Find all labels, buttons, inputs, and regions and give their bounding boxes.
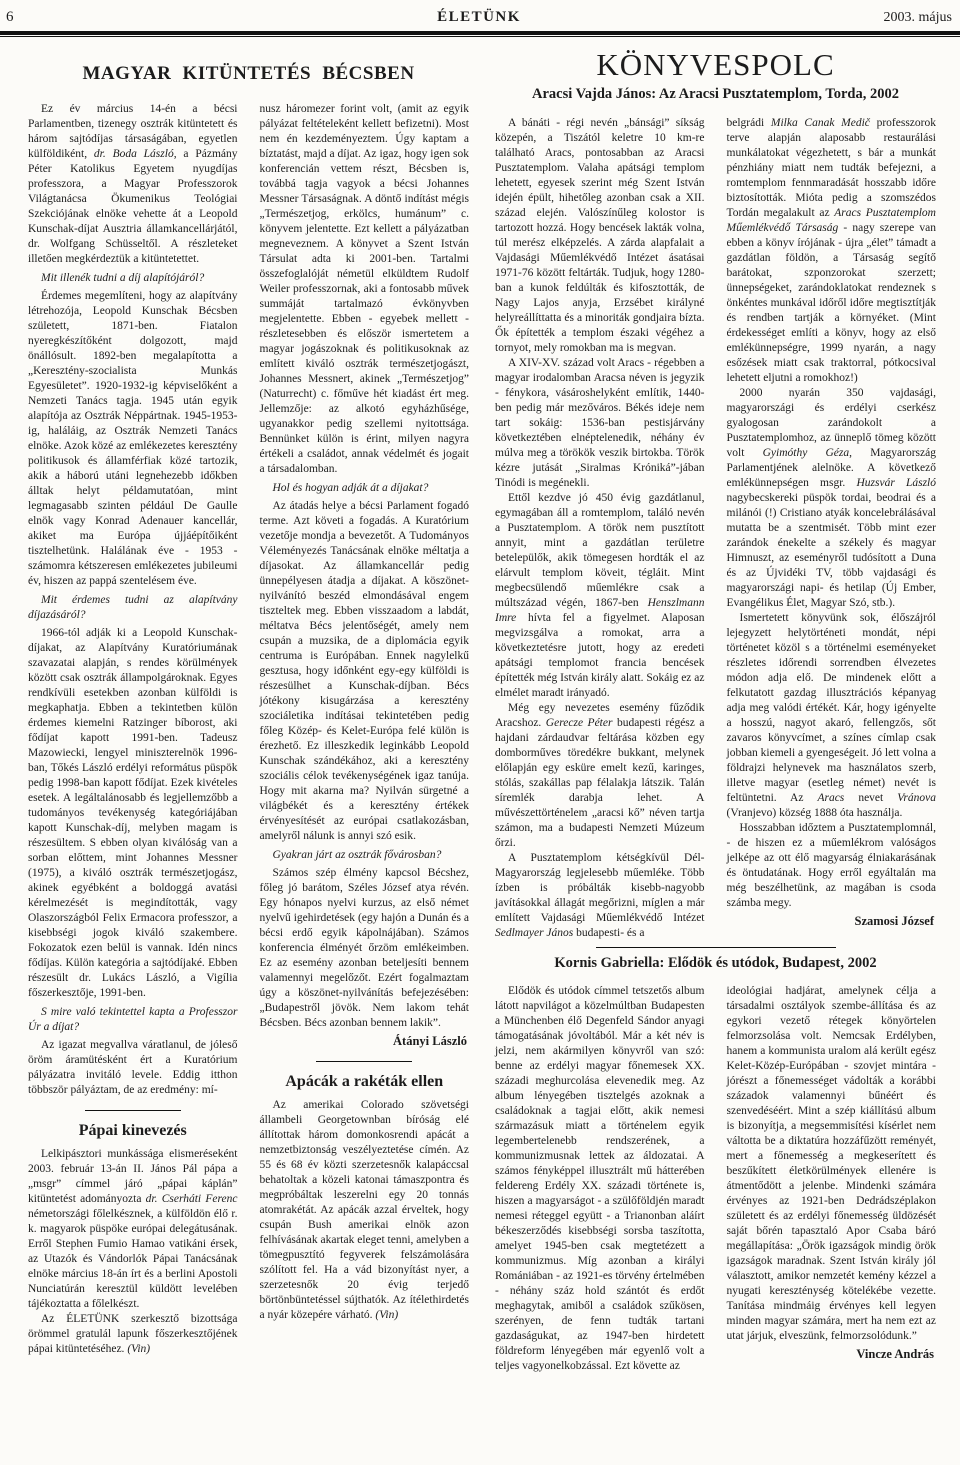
paragraph: Számos szép élmény kapcsol Bécshez, főle…	[260, 866, 470, 1031]
column-2: nusz háromezer forint volt, (amit az egy…	[260, 102, 470, 1323]
author-signature: Vincze András	[727, 1347, 935, 1362]
interview-question: Hol és hogyan adják át a díjakat?	[260, 481, 470, 496]
bookshelf-section: KÖNYVESPOLC Aracsi Vajda János: Az Aracs…	[495, 37, 936, 1374]
review2-columns: Elődök és utódok címmel tetszetős album …	[495, 984, 936, 1374]
masthead-title: ÉLETÜNK	[437, 9, 521, 26]
review2-divider	[596, 947, 836, 948]
interview-question: S mire való tekintettel kapta a Professz…	[28, 1005, 238, 1035]
masthead: 6 ÉLETÜNK 2003. május	[0, 0, 960, 26]
review1-columns: A bánáti - régi nevén „bánsági” síkság k…	[495, 116, 936, 941]
left-article-title: MAGYAR KITÜNTETÉS BÉCSBEN	[28, 63, 469, 85]
page-content: MAGYAR KITÜNTETÉS BÉCSBEN Ez év március …	[0, 37, 960, 1374]
paragraph: Ez év március 14-én a bécsi Parlamentben…	[28, 102, 238, 267]
section-divider	[316, 1061, 412, 1062]
paragraph: Ettől kezdve jó 450 évig gazdátlanul, eg…	[495, 491, 705, 701]
paragraph-continuation: belgrádi Milka Canak Medič professzorok …	[727, 116, 937, 386]
interview-question: Gyakran járt az osztrák fővárosban?	[260, 848, 470, 863]
paragraph: Még egy nevezetes esemény fűződik Aracsh…	[495, 701, 705, 851]
section-heading: Pápai kinevezés	[28, 1123, 238, 1138]
column-3: A bánáti - régi nevén „bánsági” síkság k…	[495, 116, 705, 941]
paragraph: 2000 nyarán 350 vajdasági, magyarországi…	[727, 386, 937, 611]
page-number: 6	[6, 9, 437, 26]
review2-heading: Kornis Gabriella: Elődök és utódok, Buda…	[495, 955, 936, 972]
issue-date: 2003. május	[521, 10, 952, 26]
paragraph: Lelkipásztori munkássága elismeréseként …	[28, 1147, 238, 1312]
paragraph-continuation: nusz háromezer forint volt, (amit az egy…	[260, 102, 470, 477]
column-1: Ez év március 14-én a bécsi Parlamentben…	[28, 102, 238, 1357]
section-heading: Apácák a rakéták ellen	[260, 1074, 470, 1089]
paragraph: Ismertetett könyvünk sok, élőszájról lej…	[727, 611, 937, 821]
bookshelf-title: KÖNYVESPOLC	[495, 47, 936, 83]
author-signature: Átányi László	[260, 1034, 468, 1049]
column-4b: ideológiai hadjárat, amelynek célja a tá…	[727, 984, 937, 1368]
paragraph: A bánáti - régi nevén „bánsági” síkság k…	[495, 116, 705, 356]
paragraph: 1966-tól adják ki a Leopold Kunschak-díj…	[28, 626, 238, 1001]
author-signature: Szamosi József	[727, 914, 935, 929]
paragraph: Az ÉLETÜNK szerkesztő bizottsága örömmel…	[28, 1312, 238, 1357]
left-columns: Ez év március 14-én a bécsi Parlamentben…	[28, 102, 469, 1357]
review2-header: Kornis Gabriella: Elődök és utódok, Buda…	[495, 947, 936, 972]
left-article: MAGYAR KITÜNTETÉS BÉCSBEN Ez év március …	[28, 37, 469, 1374]
review1-subtitle: Aracsi Vajda János: Az Aracsi Pusztatemp…	[495, 86, 936, 103]
column-3b: Elődök és utódok címmel tetszetős album …	[495, 984, 705, 1374]
paragraph: Az átadás helye a bécsi Parlament fogadó…	[260, 499, 470, 844]
paragraph: A Pusztatemplom kétségkívül Dél-Magyaror…	[495, 851, 705, 941]
paragraph: Elődök és utódok címmel tetszetős album …	[495, 984, 705, 1374]
interview-question: Mit illenék tudni a díj alapítójáról?	[28, 271, 238, 286]
section-divider	[85, 1110, 181, 1111]
paragraph: Hosszabban időztem a Pusztatemplomnál, -…	[727, 821, 937, 911]
paragraph-continuation: ideológiai hadjárat, amelynek célja a tá…	[727, 984, 937, 1344]
paragraph: Érdemes megemlíteni, hogy az alapítvány …	[28, 289, 238, 589]
masthead-rule-thick	[0, 31, 960, 35]
interview-question: Mit érdemes tudni az alapítvány díjazásá…	[28, 593, 238, 623]
newspaper-page: 6 ÉLETÜNK 2003. május MAGYAR KITÜNTETÉS …	[0, 0, 960, 1465]
paragraph: Az igazat megvallva váratlanul, de jóles…	[28, 1038, 238, 1098]
column-4: belgrádi Milka Canak Medič professzorok …	[727, 116, 937, 935]
paragraph: Az amerikai Colorado szövetségi állambel…	[260, 1098, 470, 1323]
paragraph: A XIV-XV. század volt Aracs - régebben a…	[495, 356, 705, 491]
